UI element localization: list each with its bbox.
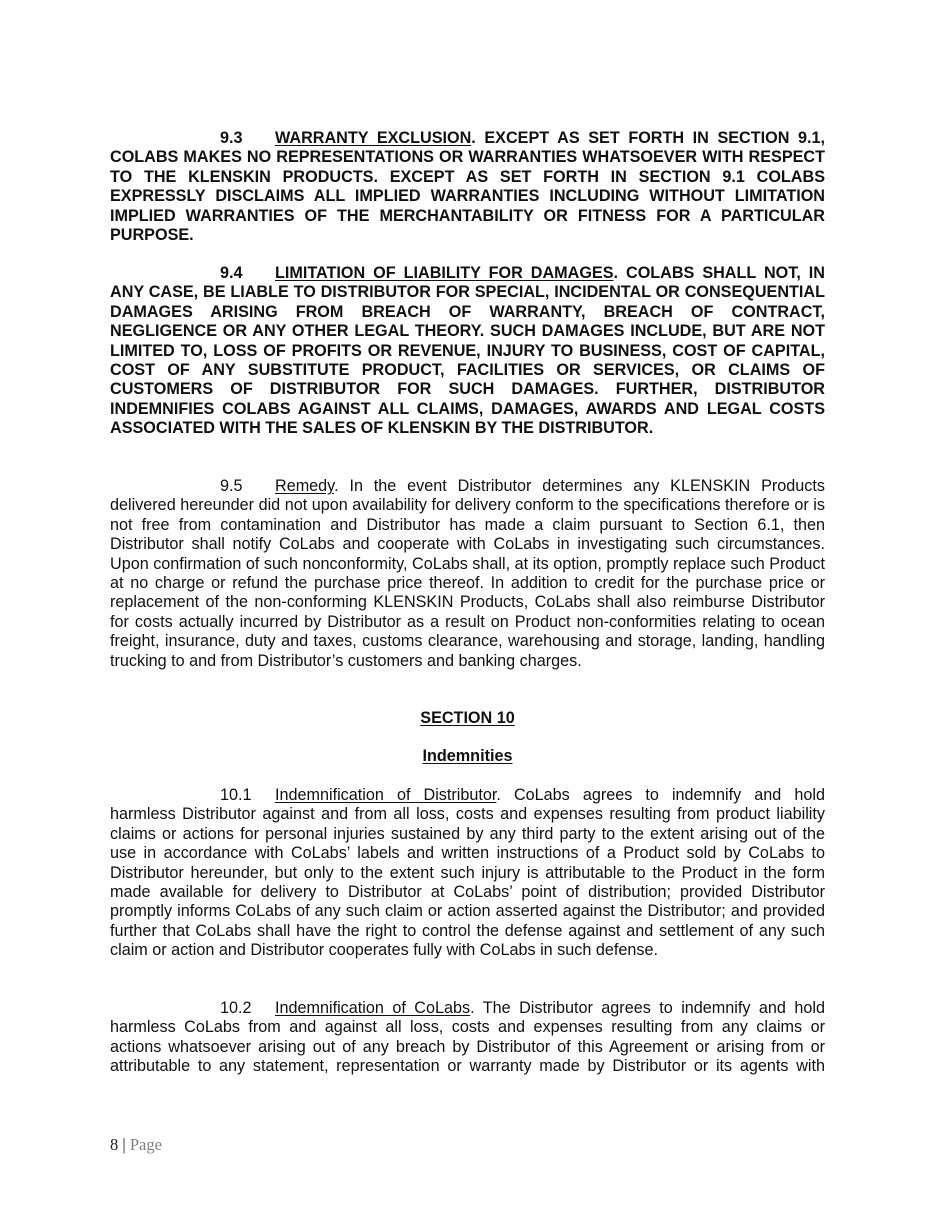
page-label: Page xyxy=(130,1135,162,1154)
clause-title: Indemnification of CoLabs xyxy=(275,999,470,1017)
clause-number: 10.2 xyxy=(220,999,275,1018)
clause-title: Indemnification of Distributor xyxy=(275,786,496,804)
clause-body: . In the event Distributor determines an… xyxy=(110,477,825,670)
clause-title: Remedy xyxy=(275,477,334,495)
clause-10-1: 10.1Indemnification of Distributor. CoLa… xyxy=(110,786,825,961)
section-title: SECTION 10 xyxy=(420,709,514,727)
clause-9-5: 9.5Remedy. In the event Distributor dete… xyxy=(110,477,825,671)
clause-body: . COLABS SHALL NOT, IN ANY CASE, BE LIAB… xyxy=(110,264,825,437)
section-subtitle: Indemnities xyxy=(423,747,513,765)
page-separator: | xyxy=(118,1135,130,1154)
clause-10-2: 10.2Indemnification of CoLabs. The Distr… xyxy=(110,999,825,1077)
clause-number: 9.5 xyxy=(220,477,275,496)
clause-number: 10.1 xyxy=(220,786,275,805)
clause-title: LIMITATION OF LIABILITY FOR DAMAGES xyxy=(275,264,614,282)
section-subheading: Indemnities xyxy=(110,747,825,766)
clause-number: 9.3 xyxy=(220,129,275,148)
page-number: 8 xyxy=(110,1135,118,1154)
clause-body: . CoLabs agrees to indemnify and hold ha… xyxy=(110,786,825,959)
clause-number: 9.4 xyxy=(220,264,275,283)
clause-9-4: 9.4LIMITATION OF LIABILITY FOR DAMAGES. … xyxy=(110,264,825,439)
page-footer: 8 | Page xyxy=(110,1135,162,1155)
clause-9-3: 9.3WARRANTY EXCLUSION. EXCEPT AS SET FOR… xyxy=(110,129,825,245)
clause-title: WARRANTY EXCLUSION xyxy=(275,129,471,147)
section-heading: SECTION 10 xyxy=(110,709,825,728)
